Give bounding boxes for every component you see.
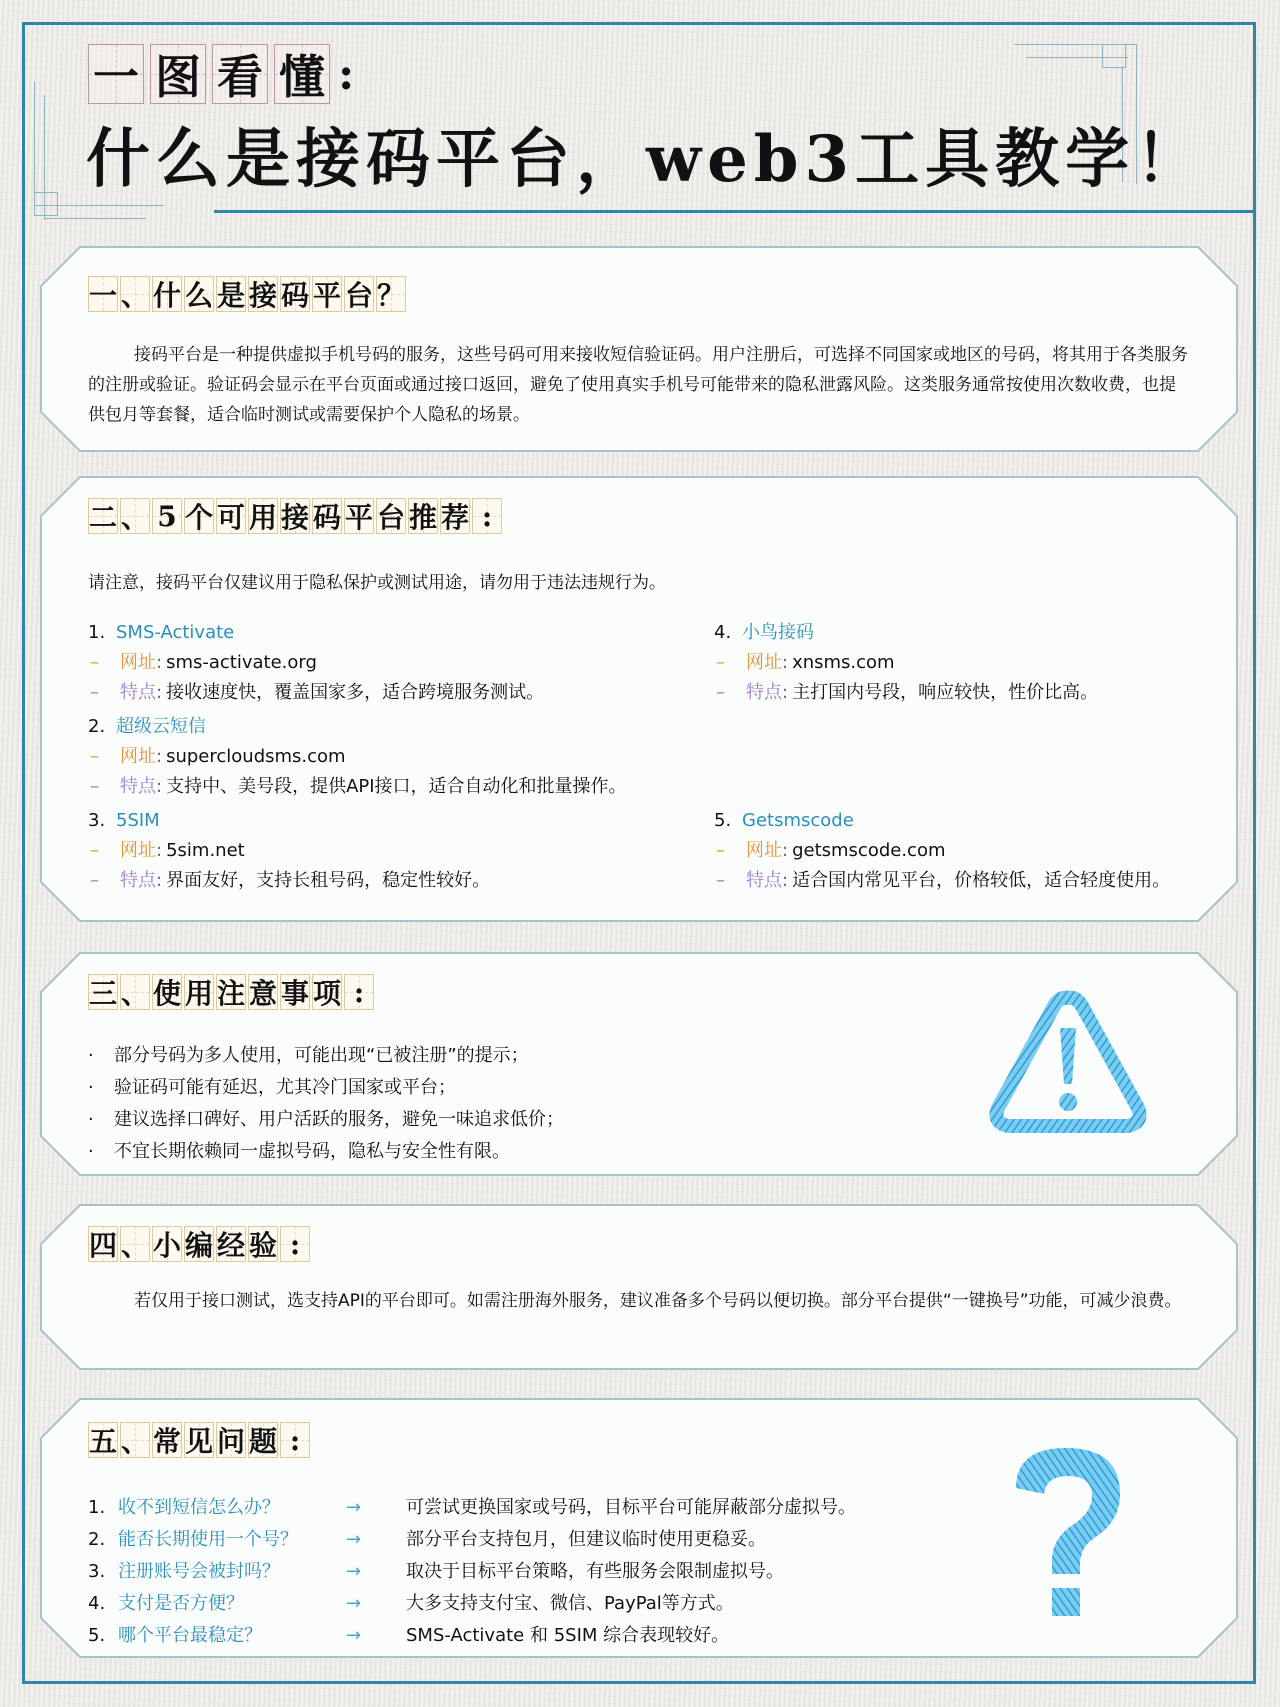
section-heading: 二 、 5 个 可 用 接 码 平 台 推 荐 : [88,498,504,534]
platform-url[interactable]: xnsms.com [792,648,895,678]
page-title: 一 图 看 懂 : [88,44,354,104]
platform-url[interactable]: 5sim.net [166,836,245,866]
faq-list: 1.收不到短信怎么办？→可尝试更换国家或号码，目标平台可能屏蔽部分虚拟号。 2.… [88,1492,856,1652]
platform-url[interactable]: sms-activate.org [166,648,317,678]
faq-answer: 取决于目标平台策略，有些服务会限制虚拟号。 [406,1556,784,1588]
platform-item: 3.5SIM –网址:5sim.net –特点:界面友好，支持长租号码，稳定性较… [88,806,490,896]
platform-feature: 支持中、美号段，提供API接口，适合自动化和批量操作。 [166,772,626,802]
page-subtitle: 什么是接码平台，web3工具教学！ [86,108,1205,200]
question-mark-icon [1008,1442,1128,1622]
section-body: 若仅用于接口测试，选支持API的平台即可。如需注册海外服务，建议准备多个号码以便… [88,1286,1188,1316]
platform-name[interactable]: 5SIM [116,806,160,836]
faq-answer: SMS-Activate 和 5SIM 综合表现较好。 [406,1620,729,1652]
arrow-right-icon: → [346,1588,406,1620]
platform-item: 4.小鸟接码 –网址:xnsms.com –特点:主打国内号段，响应较快，性价比… [714,618,1098,708]
faq-item: 1.收不到短信怎么办？→可尝试更换国家或号码，目标平台可能屏蔽部分虚拟号。 [88,1492,856,1524]
precautions-list: ·部分号码为多人使用，可能出现“已被注册”的提示； ·验证码可能有延迟，尤其冷门… [88,1040,564,1168]
arrow-right-icon: → [346,1524,406,1556]
faq-question: 收不到短信怎么办？ [118,1492,346,1524]
platform-item: 5.Getsmscode –网址:getsmscode.com –特点:适合国内… [714,806,1170,896]
faq-question: 能否长期使用一个号？ [118,1524,346,1556]
faq-answer: 可尝试更换国家或号码，目标平台可能屏蔽部分虚拟号。 [406,1492,856,1524]
platform-name[interactable]: SMS-Activate [116,618,234,648]
platform-name[interactable]: 超级云短信 [116,712,206,742]
section-what-is: 一 、 什 么 是 接 码 平 台 ？ 接码平台是一种提供虚拟手机号码的服务，这… [40,246,1238,452]
faq-item: 2.能否长期使用一个号？→部分平台支持包月，但建议临时使用更稳妥。 [88,1524,856,1556]
section-experience: 四 、 小 编 经 验 : 若仅用于接口测试，选支持API的平台即可。如需注册海… [40,1204,1238,1370]
platform-url[interactable]: getsmscode.com [792,836,945,866]
title-char-cell: 一 [88,44,144,104]
platform-url[interactable]: supercloudsms.com [166,742,346,772]
section-body: 接码平台是一种提供虚拟手机号码的服务，这些号码可用来接收短信验证码。用户注册后，… [88,340,1188,430]
section-heading: 五 、 常 见 问 题 : [88,1422,312,1458]
platform-feature: 适合国内常见平台，价格较低，适合轻度使用。 [792,866,1170,896]
warning-triangle-icon [988,988,1148,1138]
list-item: ·不宜长期依赖同一虚拟号码，隐私与安全性有限。 [88,1136,564,1168]
arrow-right-icon: → [346,1620,406,1652]
arrow-right-icon: → [346,1492,406,1524]
usage-note: 请注意，接码平台仅建议用于隐私保护或测试用途，请勿用于违法违规行为。 [88,568,666,593]
corner-ornament [34,192,58,216]
section-heading: 一 、 什 么 是 接 码 平 台 ？ [88,276,408,312]
section-heading: 三 、 使 用 注 意 事 项 : [88,974,376,1010]
faq-question: 注册账号会被封吗？ [118,1556,346,1588]
arrow-right-icon: → [346,1556,406,1588]
title-char-cell: 图 [150,44,206,104]
platform-item: 2.超级云短信 –网址:supercloudsms.com –特点:支持中、美号… [88,712,627,802]
platform-feature: 界面友好，支持长租号码，稳定性较好。 [166,866,490,896]
faq-answer: 部分平台支持包月，但建议临时使用更稳妥。 [406,1524,766,1556]
platform-feature: 接收速度快，覆盖国家多，适合跨境服务测试。 [166,678,544,708]
corner-ornament [44,218,146,219]
list-item: ·部分号码为多人使用，可能出现“已被注册”的提示； [88,1040,564,1072]
faq-item: 4.支付是否方便？→大多支持支付宝、微信、PayPal等方式。 [88,1588,856,1620]
faq-answer: 大多支持支付宝、微信、PayPal等方式。 [406,1588,734,1620]
faq-question: 支付是否方便？ [118,1588,346,1620]
platform-name[interactable]: 小鸟接码 [742,618,814,648]
title-colon: : [338,49,354,100]
list-item: ·验证码可能有延迟，尤其冷门国家或平台； [88,1072,564,1104]
section-heading: 四 、 小 编 经 验 : [88,1226,312,1262]
section-platforms: 二 、 5 个 可 用 接 码 平 台 推 荐 : 请注意，接码平台仅建议用于隐… [40,476,1238,922]
corner-ornament [1102,44,1126,68]
title-char-cell: 看 [212,44,268,104]
title-char-cell: 懂 [274,44,330,104]
faq-question: 哪个平台最稳定？ [118,1620,346,1652]
section-precautions: 三 、 使 用 注 意 事 项 : ·部分号码为多人使用，可能出现“已被注册”的… [40,952,1238,1176]
section-faq: 五 、 常 见 问 题 : 1.收不到短信怎么办？→可尝试更换国家或号码，目标平… [40,1398,1238,1658]
faq-item: 3.注册账号会被封吗？→取决于目标平台策略，有些服务会限制虚拟号。 [88,1556,856,1588]
platform-feature: 主打国内号段，响应较快，性价比高。 [792,678,1098,708]
title-underline [214,210,1254,213]
list-item: ·建议选择口碑好、用户活跃的服务，避免一味追求低价； [88,1104,564,1136]
platform-item: 1.SMS-Activate –网址:sms-activate.org –特点:… [88,618,544,708]
faq-item: 5.哪个平台最稳定？→SMS-Activate 和 5SIM 综合表现较好。 [88,1620,856,1652]
corner-ornament [34,205,164,206]
platform-name[interactable]: Getsmscode [742,806,854,836]
